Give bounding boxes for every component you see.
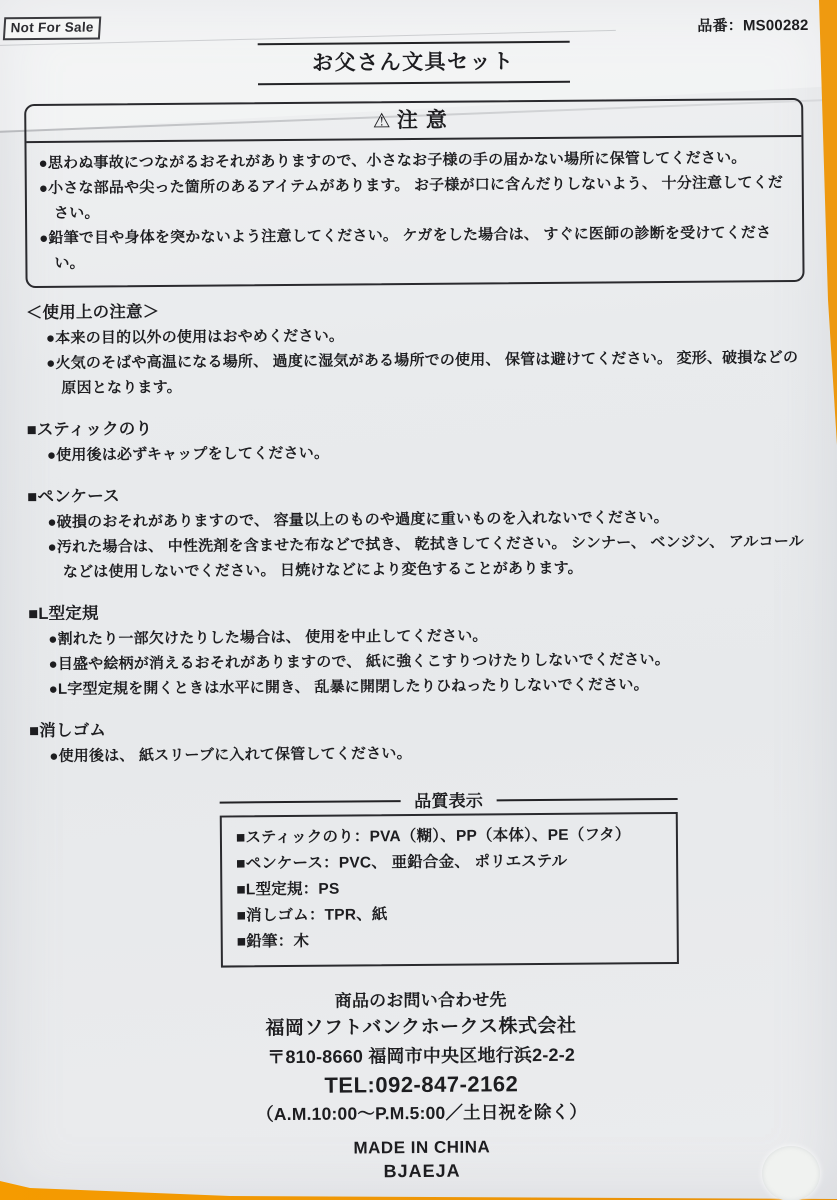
- section-glue-stick: ■スティックのり ●使用後は必ずキャップをしてください。: [27, 411, 806, 468]
- product-title: お父さん文具セット: [257, 43, 569, 83]
- usage-notes-section: ＜使用上の注意＞ ●本来の目的以外の使用はおやめください。 ●火気のそばや高温に…: [26, 294, 806, 401]
- quality-item: ■L型定規：PS: [236, 874, 666, 903]
- caution-title: 注意: [397, 109, 455, 132]
- legend-rule-right: [497, 798, 678, 801]
- section-item: ●使用後は必ずキャップをしてください。: [47, 437, 806, 468]
- quality-item: ■鉛筆：木: [237, 926, 667, 955]
- quality-label-section: 品質表示 ■スティックのり：PVA（糊）、PP（本体）、PE（フタ） ■ペンケー…: [220, 788, 679, 968]
- caution-box: ⚠注意 ●思わぬ事故につながるおそれがありますので、小さなお子様の手の届かない場…: [24, 98, 804, 288]
- sheet-content: Not For Sale 品番：MS00282 お父さん文具セット ⚠注意 ●思…: [0, 0, 837, 1186]
- quality-box: ■スティックのり：PVA（糊）、PP（本体）、PE（フタ） ■ペンケース：PVC…: [220, 812, 679, 968]
- section-eraser: ■消しゴム ●使用後は、 紙スリーブに入れて保管してください。: [29, 712, 808, 769]
- quality-legend: 品質表示: [400, 788, 497, 814]
- section-l-ruler: ■L型定規 ●割れたり一部欠けたりした場合は、 使用を中止してください。 ●目盛…: [28, 595, 808, 702]
- caution-header: ⚠注意: [26, 100, 801, 143]
- section-item: ●L字型定規を開くときは水平に開き、 乱暴に開閉したりひねったりしないでください…: [49, 671, 808, 702]
- section-item: ●使用後は、 紙スリーブに入れて保管してください。: [49, 738, 808, 769]
- usage-note-item: ●火気のそばや高温になる場所、 過度に湿気がある場所での使用、 保管は避けてくだ…: [46, 345, 805, 401]
- legend-rule-left: [220, 800, 401, 803]
- section-pen-case: ■ペンケース ●破損のおそれがありますので、 容量以上のものや過度に重いものを入…: [27, 478, 807, 585]
- quality-item: ■スティックのり：PVA（糊）、PP（本体）、PE（フタ）: [236, 822, 666, 851]
- caution-item: ●小さな部品や尖った箇所のあるアイテムがあります。 お子様が口に含んだりしないよ…: [39, 170, 792, 226]
- contact-hours: （A.M.10:00～P.M.5:00／土日祝を除く）: [32, 1097, 811, 1130]
- quality-item: ■ペンケース：PVC、 亜鉛合金、 ポリエステル: [236, 848, 666, 877]
- product-title-block: お父さん文具セット: [257, 41, 569, 85]
- sheet-header: Not For Sale 品番：MS00282: [23, 9, 802, 41]
- photo-background: Not For Sale 品番：MS00282 お父さん文具セット ⚠注意 ●思…: [0, 0, 837, 1200]
- caution-item: ●鉛筆で目や身体を突かないよう注意してください。 ケガをした場合は、 すぐに医師…: [39, 220, 792, 276]
- section-item: ●汚れた場合は、 中性洗剤を含ませた布などで拭き、 乾拭きしてください。 シンナ…: [48, 529, 807, 585]
- part-number: 品番：MS00282: [697, 13, 808, 39]
- quality-legend-row: 品質表示: [220, 788, 678, 814]
- contact-block: 商品のお問い合わせ先 福岡ソフトバンクホークス株式会社 〒810-8660 福岡…: [31, 985, 812, 1186]
- warning-triangle-icon: ⚠: [373, 110, 391, 132]
- not-for-sale-stamp: Not For Sale: [3, 16, 102, 40]
- caution-body: ●思わぬ事故につながるおそれがありますので、小さなお子様の手の届かない場所に保管…: [26, 137, 802, 286]
- round-sticker: [762, 1146, 820, 1200]
- quality-item: ■消しゴム：TPR、紙: [236, 900, 666, 929]
